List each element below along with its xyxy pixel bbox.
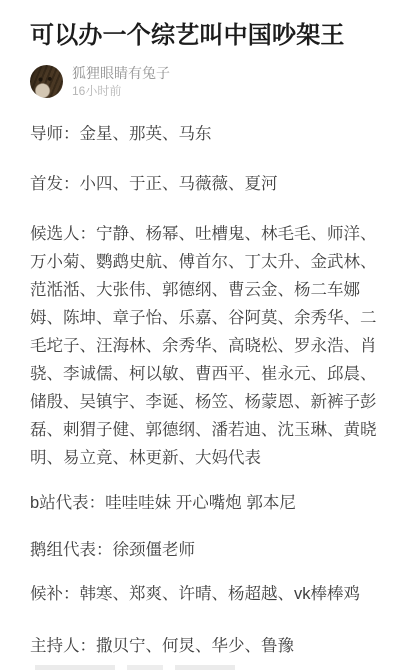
bilibili-representatives-line: b站代表：哇哇哇妹 开心嘴炮 郭本尼 (30, 489, 385, 517)
hosts-line: 主持人：撒贝宁、何炅、华少、鲁豫 (30, 632, 385, 660)
author-row: 狐狸眼睛有兔子 16小时前 (30, 65, 385, 98)
post-page: 可以办一个综艺叫中国吵架王 狐狸眼睛有兔子 16小时前 导师：金星、那英、马东 … (0, 0, 415, 670)
alternates-line: 候补：韩寒、郑爽、许晴、杨超越、vk棒棒鸡 (30, 580, 385, 608)
author-name[interactable]: 狐狸眼睛有兔子 (72, 65, 170, 81)
goose-group-representative-line: 鹅组代表：徐颈僵老师 (30, 536, 385, 564)
author-meta: 狐狸眼睛有兔子 16小时前 (72, 65, 170, 98)
article-body: 可以办一个综艺叫中国吵架王 狐狸眼睛有兔子 16小时前 导师：金星、那英、马东 … (0, 20, 415, 660)
mentors-line: 导师：金星、那英、马东 (30, 120, 385, 148)
first-lineup-line: 首发：小四、于正、马薇薇、夏河 (30, 170, 385, 198)
post-title: 可以办一个综艺叫中国吵架王 (30, 20, 385, 52)
author-avatar[interactable] (30, 65, 63, 98)
post-timestamp: 16小时前 (72, 84, 170, 98)
cutoff-text-line (35, 665, 235, 670)
candidates-paragraph: 候选人：宁静、杨幂、吐槽鬼、林毛毛、师洋、万小菊、鹦鹉史航、傅首尔、丁太升、金武… (30, 220, 385, 472)
